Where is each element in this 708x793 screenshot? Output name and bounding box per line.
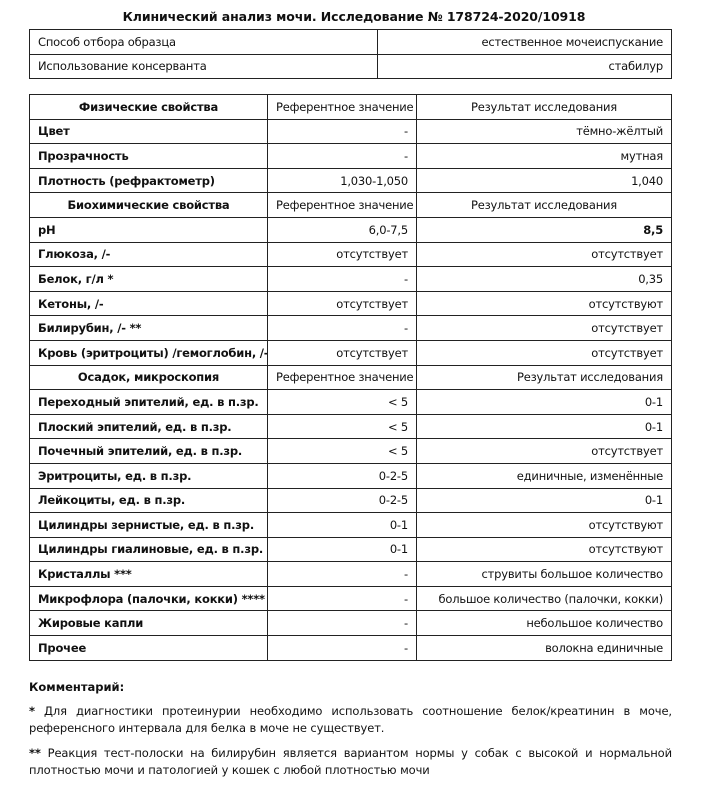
table-row: Цилиндры зернистые, ед. в п.зр.0-1отсутс…: [30, 513, 672, 538]
parameter-name: Цвет: [30, 119, 268, 144]
parameter-name: Почечный эпителий, ед. в п.зр.: [30, 439, 268, 464]
result-column-header: Результат исследования: [417, 193, 672, 218]
footnote-text: Реакция тест-полоски на билирубин являет…: [29, 746, 672, 777]
sample-info-label: Использование консерванта: [30, 54, 378, 79]
parameter-name: Билирубин, /- **: [30, 316, 268, 341]
result-value: большое количество (палочки, кокки): [417, 586, 672, 611]
section-title: Биохимические свойства: [30, 193, 268, 218]
reference-value: -: [268, 586, 417, 611]
reference-value: 6,0-7,5: [268, 217, 417, 242]
result-value: 0,35: [417, 267, 672, 292]
table-row: pH6,0-7,58,5: [30, 217, 672, 242]
reference-value: < 5: [268, 414, 417, 439]
parameter-name: Цилиндры гиалиновые, ед. в п.зр.: [30, 537, 268, 562]
parameter-name: Плотность (рефрактометр): [30, 168, 268, 193]
reference-value: -: [268, 562, 417, 587]
section-header-row: Физические свойстваРеферентное значениеР…: [30, 95, 672, 120]
table-row: Микрофлора (палочки, кокки) ****-большое…: [30, 586, 672, 611]
result-value: отсутствуют: [417, 513, 672, 538]
footnote-text: Для диагностики протеинурии необходимо и…: [29, 704, 672, 735]
table-row: Лейкоциты, ед. в п.зр.0-2-50-1: [30, 488, 672, 513]
parameter-name: Эритроциты, ед. в п.зр.: [30, 463, 268, 488]
table-row: Почечный эпителий, ед. в п.зр.< 5отсутст…: [30, 439, 672, 464]
sample-info-table: Способ отбора образца естественное мочеи…: [29, 29, 672, 79]
parameter-name: pH: [30, 217, 268, 242]
table-row: Кетоны, /-отсутствуетотсутствуют: [30, 291, 672, 316]
table-row: Прозрачность-мутная: [30, 144, 672, 169]
result-value: отсутствует: [417, 439, 672, 464]
reference-value: 0-1: [268, 513, 417, 538]
reference-value: отсутствует: [268, 242, 417, 267]
parameter-name: Белок, г/л *: [30, 267, 268, 292]
reference-value: -: [268, 267, 417, 292]
reference-value: -: [268, 636, 417, 661]
result-value: отсутствуют: [417, 291, 672, 316]
table-row: Билирубин, /- **-отсутствует: [30, 316, 672, 341]
reference-value: -: [268, 119, 417, 144]
reference-value: 0-2-5: [268, 463, 417, 488]
table-row: Плотность (рефрактометр)1,030-1,0501,040: [30, 168, 672, 193]
sample-info-value: естественное мочеиспускание: [378, 30, 672, 55]
parameter-name: Переходный эпителий, ед. в п.зр.: [30, 390, 268, 415]
result-value: отсутствуют: [417, 537, 672, 562]
sample-info-row: Использование консерванта стабилур: [30, 54, 672, 79]
reference-value: отсутствует: [268, 291, 417, 316]
result-value: отсутствует: [417, 242, 672, 267]
sample-info-label: Способ отбора образца: [30, 30, 378, 55]
reference-column-header: Референтное значение: [268, 95, 417, 120]
result-value: струвиты большое количество: [417, 562, 672, 587]
parameter-name: Цилиндры зернистые, ед. в п.зр.: [30, 513, 268, 538]
table-row: Эритроциты, ед. в п.зр.0-2-5единичные, и…: [30, 463, 672, 488]
table-row: Прочее-волокна единичные: [30, 636, 672, 661]
reference-value: < 5: [268, 390, 417, 415]
table-row: Цилиндры гиалиновые, ед. в п.зр.0-1отсут…: [30, 537, 672, 562]
result-value: единичные, изменённые: [417, 463, 672, 488]
result-value: 0-1: [417, 488, 672, 513]
table-row: Глюкоза, /-отсутствуетотсутствует: [30, 242, 672, 267]
parameter-name: Глюкоза, /-: [30, 242, 268, 267]
section-title: Осадок, микроскопия: [30, 365, 268, 390]
comments-section: Комментарий: * Для диагностики протеинур…: [29, 680, 672, 787]
reference-value: 1,030-1,050: [268, 168, 417, 193]
comments-heading: Комментарий:: [29, 680, 672, 694]
table-row: Кровь (эритроциты) /гемоглобин, /-отсутс…: [30, 340, 672, 365]
section-header-row: Осадок, микроскопияРеферентное значениеР…: [30, 365, 672, 390]
result-value: отсутствует: [417, 340, 672, 365]
result-column-header: Результат исследования: [417, 365, 672, 390]
comment-note: * Для диагностики протеинурии необходимо…: [29, 703, 672, 737]
parameter-name: Прозрачность: [30, 144, 268, 169]
results-table: Физические свойстваРеферентное значениеР…: [29, 94, 672, 661]
sample-info-value: стабилур: [378, 54, 672, 79]
result-value: небольшое количество: [417, 611, 672, 636]
table-row: Плоский эпителий, ед. в п.зр.< 50-1: [30, 414, 672, 439]
reference-value: -: [268, 144, 417, 169]
result-value: 0-1: [417, 390, 672, 415]
reference-value: < 5: [268, 439, 417, 464]
reference-column-header: Референтное значение: [268, 193, 417, 218]
comment-note: ** Реакция тест-полоски на билирубин явл…: [29, 745, 672, 779]
result-value: 8,5: [417, 217, 672, 242]
table-row: Цвет-тёмно-жёлтый: [30, 119, 672, 144]
result-value: 0-1: [417, 414, 672, 439]
parameter-name: Микрофлора (палочки, кокки) ****: [30, 586, 268, 611]
result-column-header: Результат исследования: [417, 95, 672, 120]
reference-value: -: [268, 611, 417, 636]
result-value: тёмно-жёлтый: [417, 119, 672, 144]
reference-value: 0-1: [268, 537, 417, 562]
parameter-name: Кровь (эритроциты) /гемоглобин, /-: [30, 340, 268, 365]
table-row: Переходный эпителий, ед. в п.зр.< 50-1: [30, 390, 672, 415]
section-header-row: Биохимические свойстваРеферентное значен…: [30, 193, 672, 218]
parameter-name: Плоский эпителий, ед. в п.зр.: [30, 414, 268, 439]
report-title: Клинический анализ мочи. Исследование № …: [0, 9, 708, 24]
reference-value: отсутствует: [268, 340, 417, 365]
reference-value: 0-2-5: [268, 488, 417, 513]
parameter-name: Прочее: [30, 636, 268, 661]
parameter-name: Кетоны, /-: [30, 291, 268, 316]
result-value: волокна единичные: [417, 636, 672, 661]
parameter-name: Жировые капли: [30, 611, 268, 636]
table-row: Белок, г/л *-0,35: [30, 267, 672, 292]
result-value: отсутствует: [417, 316, 672, 341]
result-value: мутная: [417, 144, 672, 169]
table-row: Жировые капли-небольшое количество: [30, 611, 672, 636]
reference-column-header: Референтное значение: [268, 365, 417, 390]
parameter-name: Кристаллы ***: [30, 562, 268, 587]
table-row: Кристаллы ***-струвиты большое количеств…: [30, 562, 672, 587]
footnote-mark: **: [29, 746, 41, 760]
reference-value: -: [268, 316, 417, 341]
sample-info-row: Способ отбора образца естественное мочеи…: [30, 30, 672, 55]
section-title: Физические свойства: [30, 95, 268, 120]
result-value: 1,040: [417, 168, 672, 193]
parameter-name: Лейкоциты, ед. в п.зр.: [30, 488, 268, 513]
